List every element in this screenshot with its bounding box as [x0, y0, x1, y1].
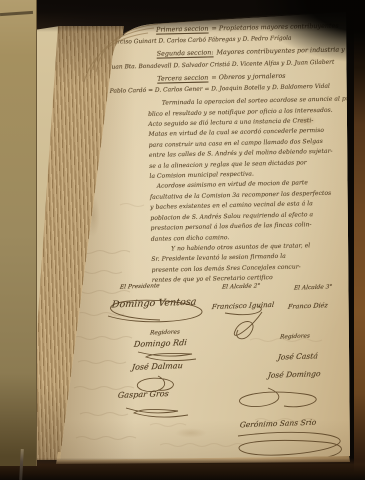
cover-crease	[0, 11, 33, 16]
president-signature: Domingo Ventosa	[111, 297, 197, 311]
regidores-right-label: Regidores	[280, 333, 311, 340]
regidor-signature: Domingo Rdi	[133, 338, 187, 349]
alcalde3-signature: Franco Diéz	[287, 301, 328, 310]
regidor-signature: José Domingo	[267, 369, 321, 380]
regidor-signature: José Dalmau	[131, 361, 183, 372]
alcalde3-label: El Alcalde 3°	[294, 284, 333, 291]
secretary-signature: Gerónimo Sans Srio	[239, 418, 316, 430]
photo-frame: Primera seccion= Propietarios mayores co…	[0, 0, 365, 480]
top-right-shadow	[230, 0, 365, 90]
alcalde2-signature: Francisco Iguinal	[211, 301, 274, 311]
book-cover-edge	[0, 0, 37, 466]
alcalde2-label: El Alcalde 2°	[222, 283, 261, 290]
regidores-left-label: Regidores	[150, 329, 181, 336]
table-surface	[0, 458, 365, 480]
president-label: El Presidente	[120, 283, 160, 290]
regidor-signature: José Castá	[277, 351, 318, 361]
regidor-signature: Gaspar Gros	[117, 389, 169, 400]
